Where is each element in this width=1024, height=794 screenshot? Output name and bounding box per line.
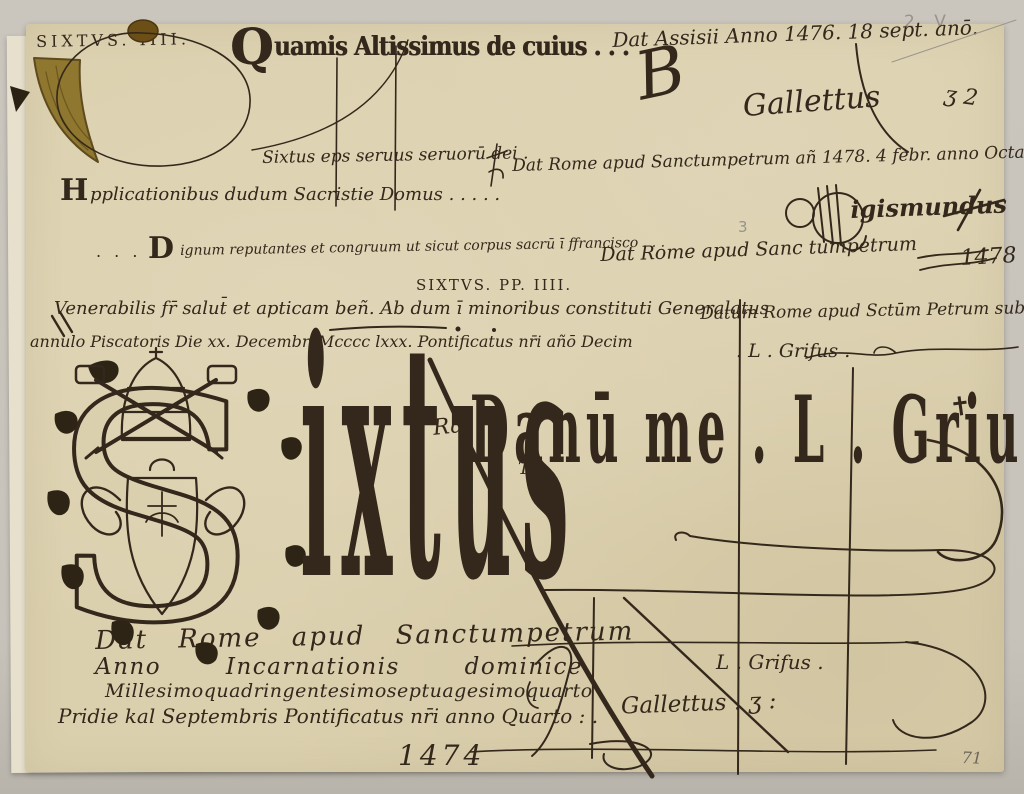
entry4-initial: D [148, 234, 174, 264]
entry5-dateline-b: annulo Piscatoris Die xx. Decembr. Mcccc… [30, 334, 633, 350]
entry2-incipit: Sixtus eps seruus seruorū dei . [262, 145, 529, 167]
display-prefix: Ra [432, 415, 464, 440]
entry1-signature-marks: ʒ 2 [943, 84, 979, 110]
colophon-line4: Pridie kal Septembris Pontificatus nr̄i … [58, 706, 598, 726]
entry3-signature: igismundus [850, 193, 1007, 222]
folio-number: 71 [961, 750, 982, 767]
pope-label-center: SIXTVS. PP. IIII. [416, 278, 572, 293]
entry3-incipit: pplicationibus dudum Sacristie Domus . .… [90, 186, 500, 204]
display-sub-mark: Ta [518, 460, 539, 478]
colophon-line3: Millesimoquadringentesimoseptuagesimoqua… [105, 682, 593, 701]
colophon-line2: Anno Incarnationis dominice [95, 656, 583, 679]
entry5-signature: . L . Grifus . [736, 342, 850, 361]
entry1-incipit: uamis Altissimus de cuius . . . [274, 34, 629, 60]
pencil-mark-middle: 3 [738, 220, 748, 235]
display-end-mark: ✝ [948, 393, 973, 422]
colophon-year: 1474 [398, 742, 485, 770]
scan-stage: SIXTVS. IIII. 2 V Q uamis Altissimus de … [0, 0, 1024, 794]
pope-label-top: SIXTVS. IIII. [36, 31, 190, 50]
colophon-sig-grifus: L . Grifus . [716, 652, 824, 672]
entry4-year: 1478 [960, 245, 1017, 270]
entry5-incipit: Venerabilis fr̄ salut̄ et apticam beñ. A… [54, 300, 769, 318]
entry1-initial: Q [230, 22, 274, 72]
entry3-initial: H [60, 176, 88, 206]
colophon-sig-gallettus: . Gallettus . ʒ : [606, 690, 777, 719]
